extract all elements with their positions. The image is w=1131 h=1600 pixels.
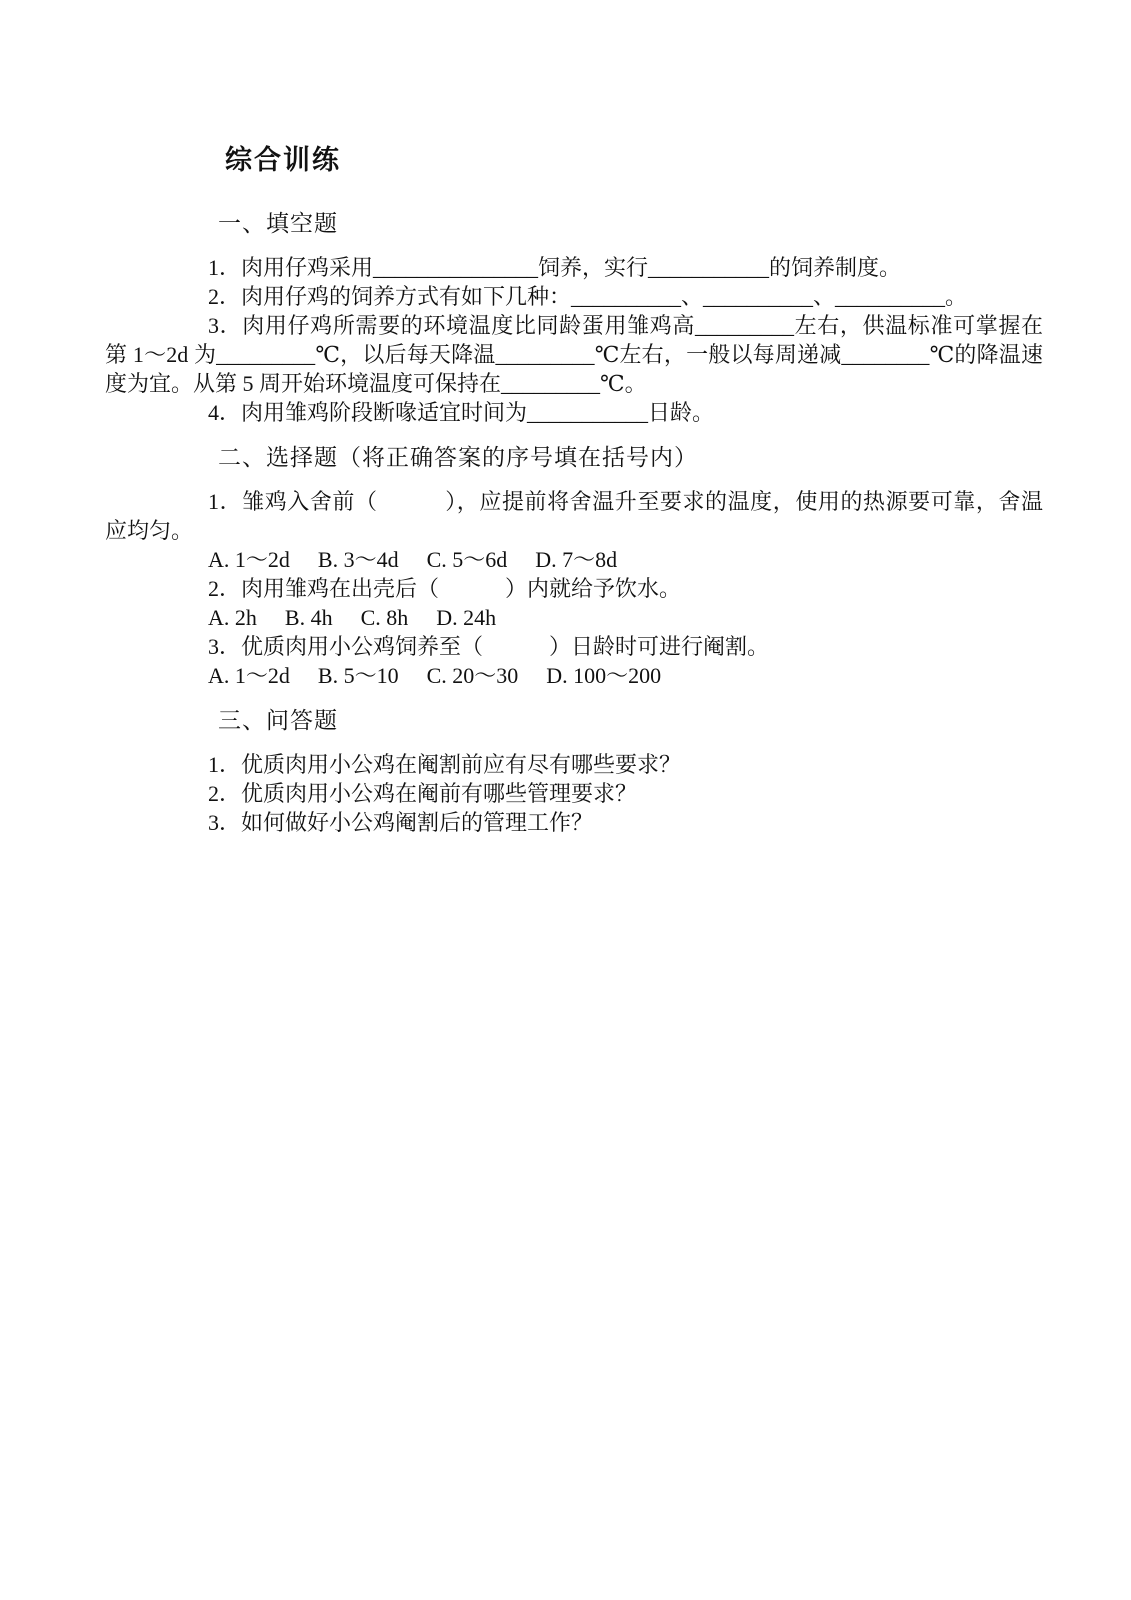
choice-option: D. 100～200 — [546, 663, 661, 688]
choice-option: C. 20～30 — [427, 663, 519, 688]
choice-options: A. 1～2dB. 5～10C. 20～30D. 100～200 — [105, 661, 1043, 690]
choice-question: 2．肉用雏鸡在出壳后（ ）内就给予饮水。 — [105, 574, 1043, 603]
short-answer-item: 1．优质肉用小公鸡在阉割前应有尽有哪些要求？ — [105, 750, 1043, 779]
section-heading-short-answer: 三、问答题 — [218, 706, 1043, 736]
section-heading-fill-in-the-blank: 一、填空题 — [218, 209, 1043, 239]
choice-option: B. 4h — [285, 605, 333, 630]
short-answer-item: 2．优质肉用小公鸡在阉前有哪些管理要求？ — [105, 779, 1043, 808]
choice-option: C. 8h — [361, 605, 409, 630]
choice-options: A. 1～2dB. 3～4dC. 5～6dD. 7～8d — [105, 545, 1043, 574]
choice-option: A. 1～2d — [208, 547, 290, 572]
choice-option: D. 24h — [436, 605, 496, 630]
choice-option: B. 5～10 — [318, 663, 399, 688]
choice-option: A. 1～2d — [208, 663, 290, 688]
multiple-choice-questions: 1．雏鸡入舍前（ ），应提前将舍温升至要求的温度，使用的热源要可靠，舍温应均匀。… — [105, 487, 1043, 690]
fill-in-the-blank-item: 3．肉用仔鸡所需要的环境温度比同龄蛋用雏鸡高_________左右，供温标准可掌… — [105, 311, 1043, 398]
fill-in-the-blank-item: 1．肉用仔鸡采用_______________饲养，实行___________的… — [105, 253, 1043, 282]
document-title: 综合训练 — [225, 143, 1043, 177]
fill-in-the-blank-items: 1．肉用仔鸡采用_______________饲养，实行___________的… — [105, 253, 1043, 427]
section-heading-multiple-choice: 二、选择题（将正确答案的序号填在括号内） — [218, 443, 1043, 473]
section-multiple-choice: 二、选择题（将正确答案的序号填在括号内） 1．雏鸡入舍前（ ），应提前将舍温升至… — [105, 443, 1043, 690]
choice-option: D. 7～8d — [535, 547, 617, 572]
choice-question: 1．雏鸡入舍前（ ），应提前将舍温升至要求的温度，使用的热源要可靠，舍温应均匀。 — [105, 487, 1043, 545]
fill-in-the-blank-item: 2．肉用仔鸡的饲养方式有如下几种：__________、__________、_… — [105, 282, 1043, 311]
choice-option: A. 2h — [208, 605, 257, 630]
choice-option: B. 3～4d — [318, 547, 399, 572]
choice-option: C. 5～6d — [427, 547, 508, 572]
short-answer-items: 1．优质肉用小公鸡在阉割前应有尽有哪些要求？2．优质肉用小公鸡在阉前有哪些管理要… — [105, 750, 1043, 837]
fill-in-the-blank-item: 4．肉用雏鸡阶段断喙适宜时间为___________日龄。 — [105, 398, 1043, 427]
section-fill-in-the-blank: 一、填空题 1．肉用仔鸡采用_______________饲养，实行______… — [105, 209, 1043, 427]
section-short-answer: 三、问答题 1．优质肉用小公鸡在阉割前应有尽有哪些要求？2．优质肉用小公鸡在阉前… — [105, 706, 1043, 837]
short-answer-item: 3．如何做好小公鸡阉割后的管理工作？ — [105, 808, 1043, 837]
choice-question: 3．优质肉用小公鸡饲养至（ ）日龄时可进行阉割。 — [105, 632, 1043, 661]
choice-options: A. 2hB. 4hC. 8hD. 24h — [105, 603, 1043, 632]
document-page: 综合训练 一、填空题 1．肉用仔鸡采用_______________饲养，实行_… — [0, 0, 1131, 1600]
